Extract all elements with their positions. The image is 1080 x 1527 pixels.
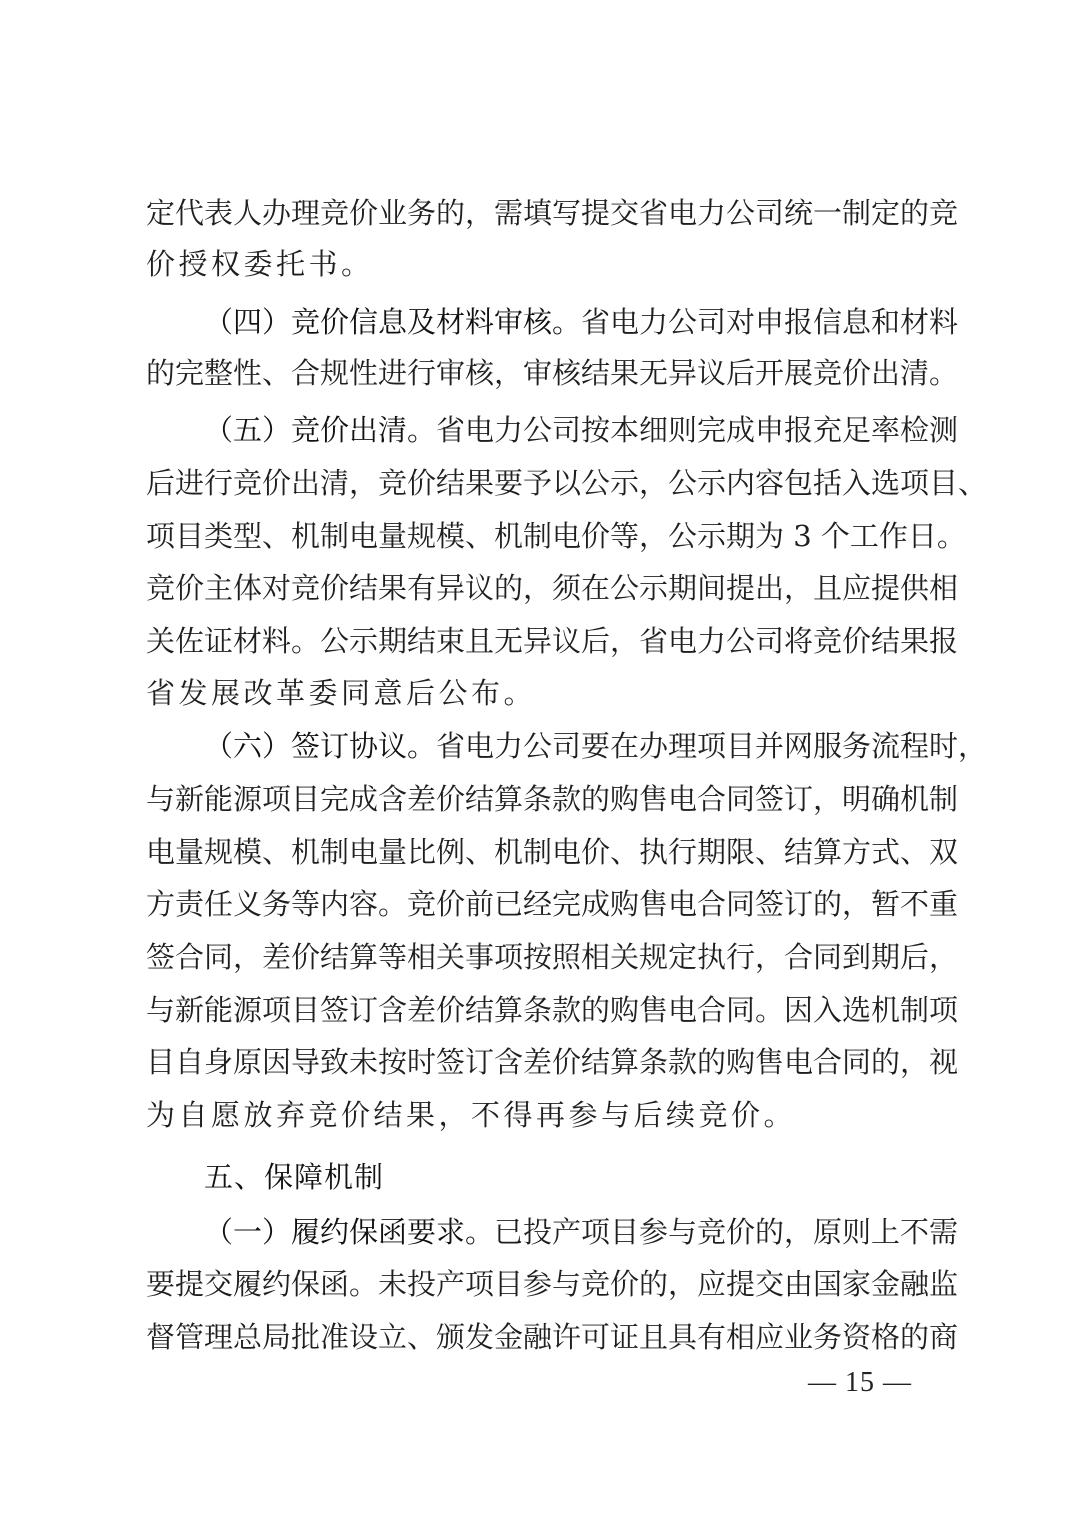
body-line: 与新能源项目签订含差价结算条款的购售电合同。因入选机制项	[146, 990, 938, 1030]
body-line: 电量规模、机制电量比例、机制电价、执行期限、结算方式、双	[146, 832, 938, 872]
body-line: 要提交履约保函。未投产项目参与竞价的，应提交由国家金融监	[146, 1264, 938, 1304]
subsection-line: （一）履约保函要求。已投产项目参与竞价的，原则上不需	[204, 1212, 938, 1252]
subsection-line: （六）签订协议。省电力公司要在办理项目并网服务流程时，	[204, 726, 938, 766]
body-line: 后进行竞价出清，竞价结果要予以公示，公示内容包括入选项目、	[146, 463, 938, 503]
body-line: 定代表人办理竞价业务的，需填写提交省电力公司统一制定的竞	[146, 193, 938, 233]
body-line: 的完整性、合规性进行审核，审核结果无异议后开展竞价出清。	[146, 353, 938, 393]
subsection-line: （五）竞价出清。省电力公司按本细则完成申报充足率检测	[204, 410, 938, 450]
subsection-text: 省电力公司按本细则完成申报充足率检测	[436, 413, 958, 447]
body-line: 目自身原因导致未按时签订含差价结算条款的购售电合同的，视	[146, 1042, 938, 1082]
body-line: 关佐证材料。公示期结束且无异议后，省电力公司将竞价结果报	[146, 621, 938, 661]
body-line: 价授权委托书。	[146, 244, 374, 284]
body-line: 项目类型、机制电量规模、机制电价等，公示期为 3 个工作日。	[146, 516, 938, 556]
subsection-title-1: （一）履约保函要求。	[204, 1215, 494, 1249]
subsection-line: （四）竞价信息及材料审核。省电力公司对申报信息和材料	[204, 302, 938, 342]
subsection-text: 省电力公司要在办理项目并网服务流程时，	[436, 729, 987, 763]
body-line: 签合同，差价结算等相关事项按照相关规定执行，合同到期后，	[146, 937, 938, 977]
body-line: 省发展改革委同意后公布。	[146, 673, 536, 713]
body-line: 督管理总局批准设立、颁发金融许可证且具有相应业务资格的商	[146, 1317, 938, 1357]
subsection-text: 已投产项目参与竞价的，原则上不需	[494, 1215, 958, 1249]
body-line: 方责任义务等内容。竞价前已经完成购售电合同签订的，暂不重	[146, 884, 938, 924]
page-number: — 15 —	[808, 1366, 912, 1400]
body-line: 竞价主体对竞价结果有异议的，须在公示期间提出，且应提供相	[146, 568, 938, 608]
body-line: 为自愿放弃竞价结果，不得再参与后续竞价。	[146, 1095, 796, 1135]
subsection-title-5: （五）竞价出清。	[204, 413, 436, 447]
body-line: 与新能源项目完成含差价结算条款的购售电合同签订，明确机制	[146, 779, 938, 819]
document-page: 定代表人办理竞价业务的，需填写提交省电力公司统一制定的竞 价授权委托书。 （四）…	[0, 0, 1080, 1527]
subsection-text: 省电力公司对申报信息和材料	[581, 305, 958, 339]
section-heading: 五、保障机制	[204, 1157, 384, 1197]
subsection-title-4: （四）竞价信息及材料审核。	[204, 305, 581, 339]
subsection-title-6: （六）签订协议。	[204, 729, 436, 763]
